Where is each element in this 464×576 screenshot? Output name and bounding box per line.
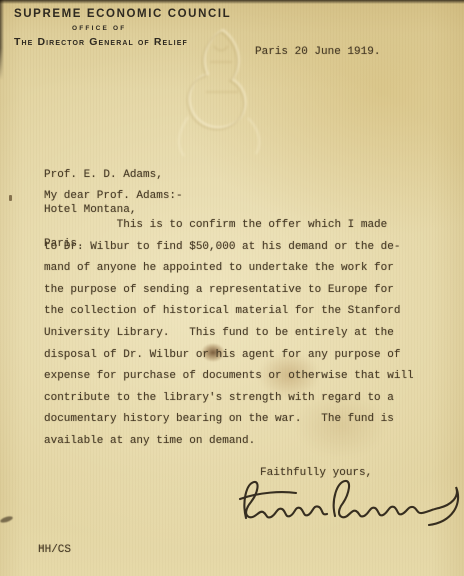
- salutation: My dear Prof. Adams:-: [44, 190, 183, 202]
- body-line: available at any time on demand.: [44, 431, 414, 453]
- scan-edge-mark: [0, 515, 13, 524]
- body-line: contribute to the library's strength wit…: [44, 388, 414, 410]
- letterhead-office-line: OFFICE OF: [72, 25, 231, 32]
- recipient-name: Prof. E. D. Adams,: [44, 170, 163, 182]
- body-line: the purpose of sending a representative …: [44, 280, 414, 302]
- letter-body: This is to confirm the offer which I mad…: [44, 215, 414, 453]
- body-line: University Library. This fund to be enti…: [44, 323, 414, 345]
- signature-herbert-hoover: Herbert Hoover: [232, 472, 462, 534]
- body-line: documentary history bearing on the war. …: [44, 409, 414, 431]
- body-line: to Dr. Wilbur to find $50,000 at his dem…: [44, 237, 414, 259]
- body-line: the collection of historical material fo…: [44, 301, 414, 323]
- letterhead-organization: SUPREME ECONOMIC COUNCIL: [14, 8, 231, 20]
- body-line: mand of anyone he appointed to undertake…: [44, 258, 414, 280]
- body-line: disposal of Dr. Wilbur or his agent for …: [44, 345, 414, 367]
- dateline: Paris 20 June 1919.: [255, 46, 380, 58]
- scan-edge-top: [0, 0, 464, 4]
- letterhead: SUPREME ECONOMIC COUNCIL OFFICE OF The D…: [14, 8, 231, 48]
- body-line: expense for purchase of documents or oth…: [44, 366, 414, 388]
- letterhead-division: The Director General of Relief: [14, 36, 231, 48]
- scanned-letter-page: SUPREME ECONOMIC COUNCIL OFFICE OF The D…: [0, 0, 464, 576]
- scan-edge-left: [0, 0, 4, 80]
- reference-initials: HH/CS: [38, 544, 71, 556]
- signature-ink-strokes: [232, 472, 462, 534]
- paper-speck: [9, 195, 12, 201]
- body-line: This is to confirm the offer which I mad…: [44, 215, 414, 237]
